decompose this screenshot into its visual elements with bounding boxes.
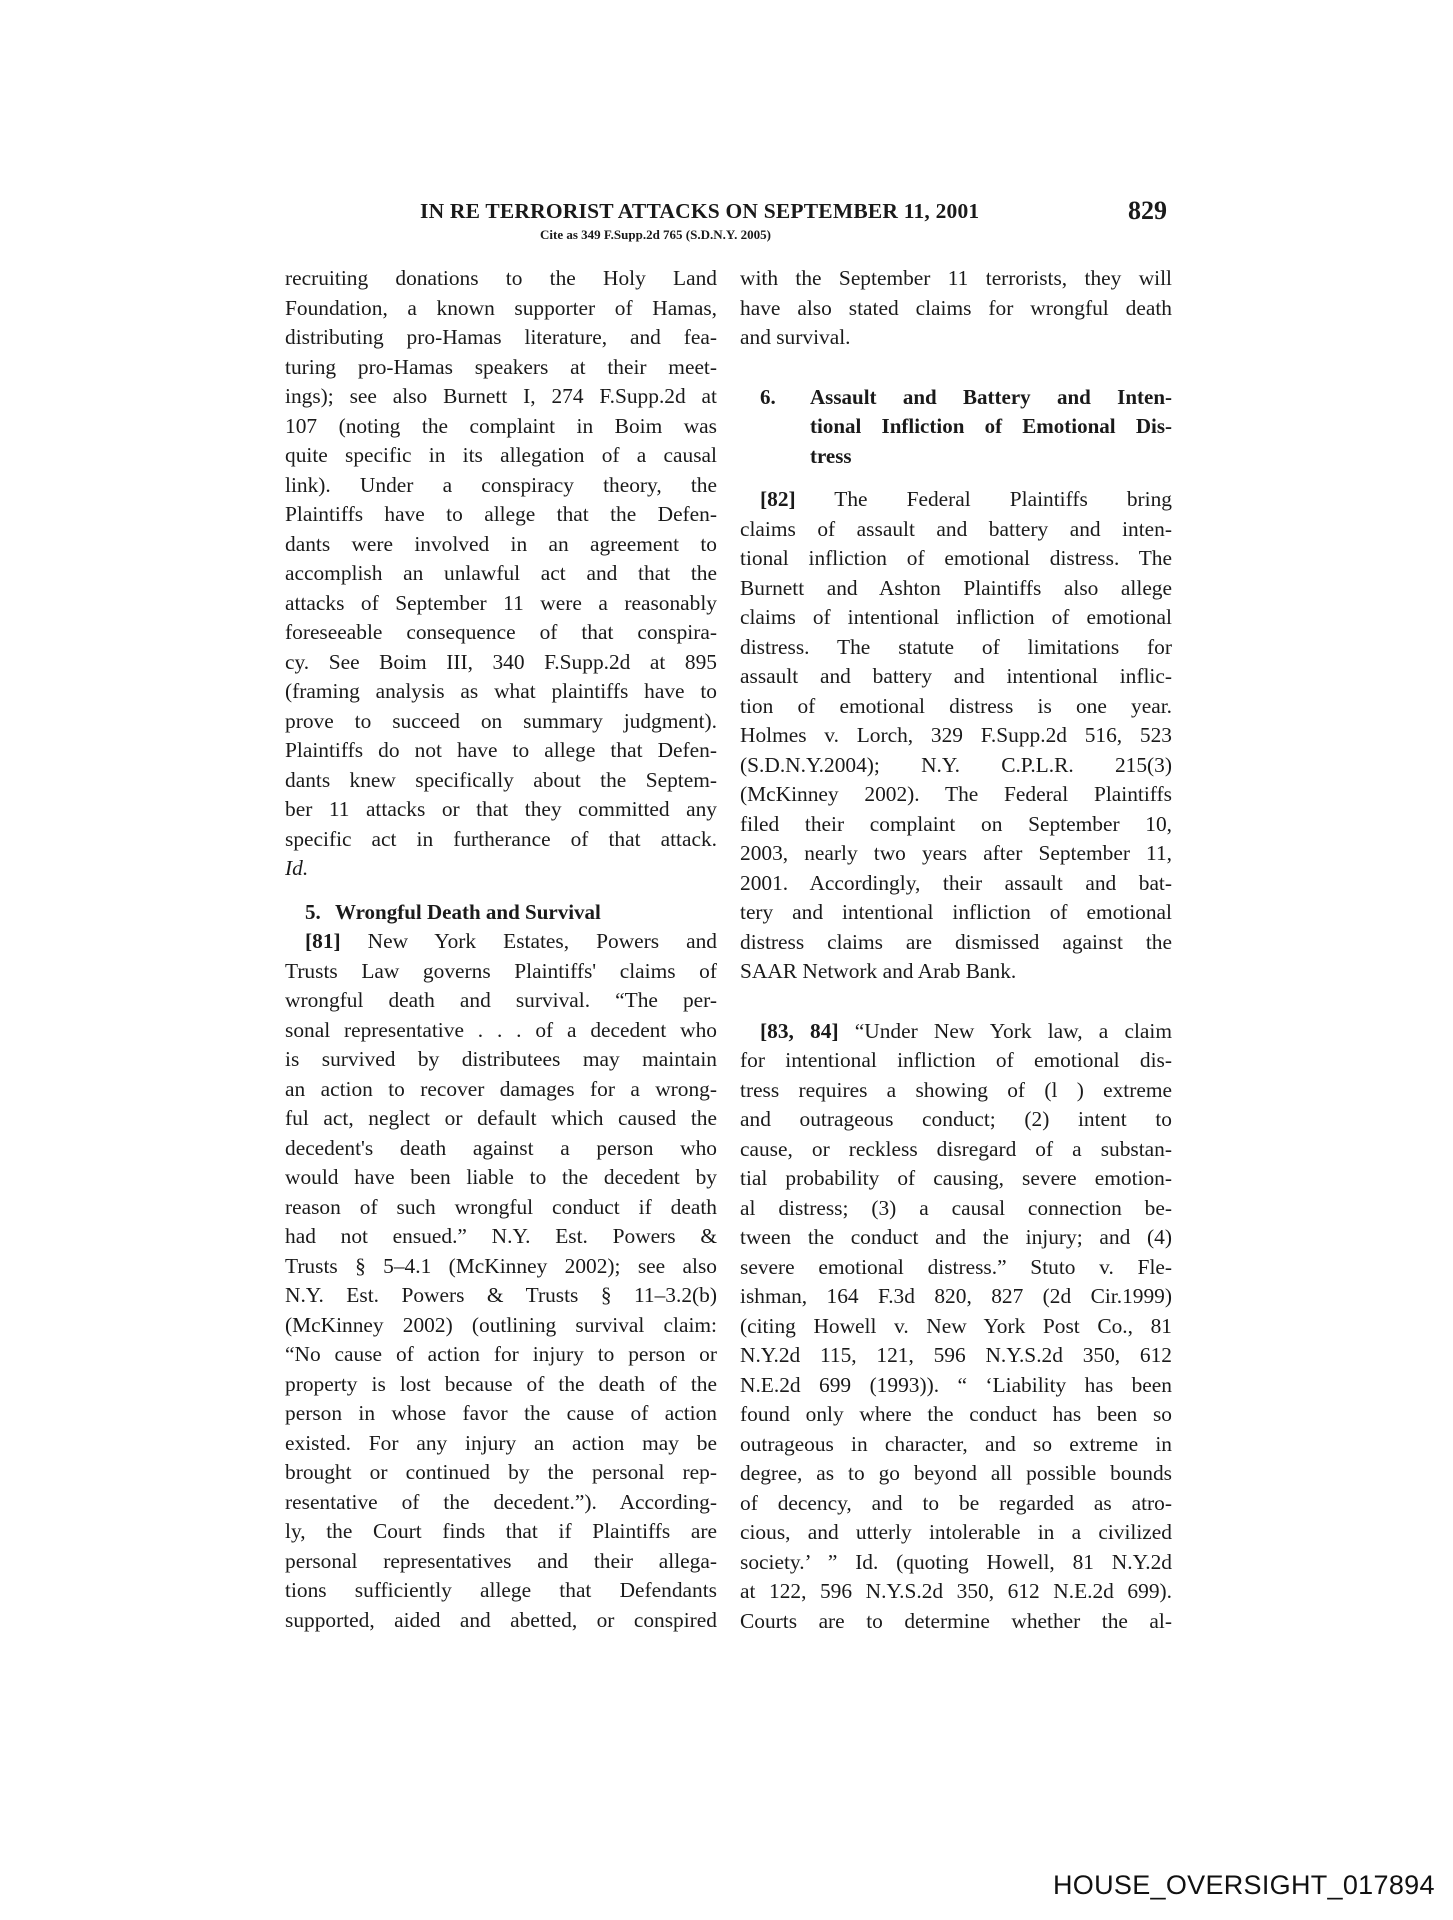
text-line: cause, or reckless disregard of a substa… [740, 1135, 1172, 1165]
text-line: Courts are to determine whether the al- [740, 1607, 1172, 1637]
text-line: foreseeable consequence of that conspira… [285, 618, 717, 648]
headnote-marker: [82] [760, 487, 796, 511]
text-line: with the September 11 terrorists, they w… [740, 264, 1172, 294]
text-line: ings); see also Burnett I, 274 F.Supp.2d… [285, 382, 717, 412]
text-line: Id. [285, 854, 717, 884]
text-line: tion of emotional distress is one year. [740, 692, 1172, 722]
text-line: would have been liable to the decedent b… [285, 1163, 717, 1193]
text-line: turing pro-Hamas speakers at their meet- [285, 353, 717, 383]
text-line: found only where the conduct has been so [740, 1400, 1172, 1430]
text-line: personal representatives and their alleg… [285, 1547, 717, 1577]
text-line: and survival. [740, 323, 1172, 353]
text-line: [83, 84] “Under New York law, a claim [740, 1017, 1172, 1047]
text-line: ishman, 164 F.3d 820, 827 (2d Cir.1999) [740, 1282, 1172, 1312]
text-line: person in whose favor the cause of actio… [285, 1399, 717, 1429]
text-line: distributing pro-Hamas literature, and f… [285, 323, 717, 353]
text-line: tions sufficiently allege that Defendant… [285, 1576, 717, 1606]
text-line: tress requires a showing of (l ) extreme [740, 1076, 1172, 1106]
text-line: attacks of September 11 were a reasonabl… [285, 589, 717, 619]
text-line: N.E.2d 699 (1993)). “ ‘Liability has bee… [740, 1371, 1172, 1401]
text-line: ful act, neglect or default which caused… [285, 1104, 717, 1134]
text-line: sonal representative . . . of a decedent… [285, 1016, 717, 1046]
text-line: filed their complaint on September 10, [740, 810, 1172, 840]
text-line: specific act in furtherance of that atta… [285, 825, 717, 855]
text-line: reason of such wrongful conduct if death [285, 1193, 717, 1223]
text-line: (citing Howell v. New York Post Co., 81 [740, 1312, 1172, 1342]
text-line: had not ensued.” N.Y. Est. Powers & [285, 1222, 717, 1252]
text-line: for intentional infliction of emotional … [740, 1046, 1172, 1076]
text-line: recruiting donations to the Holy Land [285, 264, 717, 294]
section-title: Wrongful Death and Survival [335, 900, 601, 924]
text-line: distress. The statute of limitations for [740, 633, 1172, 663]
text-line: have also stated claims for wrongful dea… [740, 294, 1172, 324]
text-line: brought or continued by the personal rep… [285, 1458, 717, 1488]
headnote-marker: [81] [305, 929, 341, 953]
text-line: and outrageous conduct; (2) intent to [740, 1105, 1172, 1135]
text-line: accomplish an unlawful act and that the [285, 559, 717, 589]
text-line: “No cause of action for injury to person… [285, 1340, 717, 1370]
text-line: tional infliction of emotional distress.… [740, 544, 1172, 574]
text-line: Plaintiffs do not have to allege that De… [285, 736, 717, 766]
text-line: severe emotional distress.” Stuto v. Fle… [740, 1253, 1172, 1283]
text-line: claims of intentional infliction of emot… [740, 603, 1172, 633]
text-span: New York Estates, Powers and [368, 929, 717, 953]
text-line: tery and intentional infliction of emoti… [740, 898, 1172, 928]
text-line: [81] New York Estates, Powers and [285, 927, 717, 957]
paragraph-continuation: with the September 11 terrorists, they w… [740, 264, 1172, 353]
text-line: degree, as to go beyond all possible bou… [740, 1459, 1172, 1489]
text-line: SAAR Network and Arab Bank. [740, 957, 1172, 987]
text-line: supported, aided and abetted, or conspir… [285, 1606, 717, 1636]
section-heading-6: 6.Assault and Battery and Inten- tional … [740, 383, 1172, 472]
text-line: prove to succeed on summary judgment). [285, 707, 717, 737]
heading-line: tional Infliction of Emotional Dis- [760, 412, 1172, 442]
bates-stamp: HOUSE_OVERSIGHT_017894 [1053, 1870, 1435, 1901]
text-line: [82] The Federal Plaintiffs bring [740, 485, 1172, 515]
text-line: Trusts Law governs Plaintiffs' claims of [285, 957, 717, 987]
text-line: property is lost because of the death of… [285, 1370, 717, 1400]
page-number: 829 [1128, 196, 1167, 226]
paragraph-83-84: [83, 84] “Under New York law, a claim fo… [740, 1017, 1172, 1637]
text-line: is survived by distributees may maintain [285, 1045, 717, 1075]
text-line: al distress; (3) a causal connection be- [740, 1194, 1172, 1224]
running-header-citation: Cite as 349 F.Supp.2d 765 (S.D.N.Y. 2005… [540, 227, 771, 243]
text-line: resentative of the decedent.”). Accordin… [285, 1488, 717, 1518]
text-line: N.Y. Est. Powers & Trusts § 11–3.2(b) [285, 1281, 717, 1311]
text-line: quite specific in its allegation of a ca… [285, 441, 717, 471]
text-line: decedent's death against a person who [285, 1134, 717, 1164]
text-line: ly, the Court finds that if Plaintiffs a… [285, 1517, 717, 1547]
paragraph-81: [81] New York Estates, Powers and Trusts… [285, 927, 717, 1635]
text-line: of decency, and to be regarded as atro- [740, 1489, 1172, 1519]
headnote-marker: [83, 84] [760, 1019, 839, 1043]
text-line: Trusts § 5–4.1 (McKinney 2002); see also [285, 1252, 717, 1282]
paragraph-continuation: recruiting donations to the Holy Land Fo… [285, 264, 717, 884]
text-line: dants were involved in an agreement to [285, 530, 717, 560]
text-span: The Federal Plaintiffs bring [834, 487, 1172, 511]
running-header-title: IN RE TERRORIST ATTACKS ON SEPTEMBER 11,… [420, 199, 1040, 224]
text-line: 2003, nearly two years after September 1… [740, 839, 1172, 869]
text-line: at 122, 596 N.Y.S.2d 350, 612 N.E.2d 699… [740, 1577, 1172, 1607]
text-line: outrageous in character, and so extreme … [740, 1430, 1172, 1460]
left-column: recruiting donations to the Holy Land Fo… [285, 264, 717, 1635]
text-line: link). Under a conspiracy theory, the [285, 471, 717, 501]
text-line: cy. See Boim III, 340 F.Supp.2d at 895 [285, 648, 717, 678]
text-line: an action to recover damages for a wrong… [285, 1075, 717, 1105]
section-heading-5: 5.Wrongful Death and Survival [285, 898, 717, 928]
text-line: wrongful death and survival. “The per- [285, 986, 717, 1016]
text-line: Burnett and Ashton Plaintiffs also alleg… [740, 574, 1172, 604]
text-line: dants knew specifically about the Septem… [285, 766, 717, 796]
text-line: (McKinney 2002). The Federal Plaintiffs [740, 780, 1172, 810]
text-line: distress claims are dismissed against th… [740, 928, 1172, 958]
text-line: society.’ ” Id. (quoting Howell, 81 N.Y.… [740, 1548, 1172, 1578]
text-line: (McKinney 2002) (outlining survival clai… [285, 1311, 717, 1341]
text-span: “Under New York law, a claim [855, 1019, 1172, 1043]
text-line: tween the conduct and the injury; and (4… [740, 1223, 1172, 1253]
text-line: N.Y.2d 115, 121, 596 N.Y.S.2d 350, 612 [740, 1341, 1172, 1371]
section-number: 5. [305, 898, 335, 928]
paragraph-82: [82] The Federal Plaintiffs bring claims… [740, 485, 1172, 987]
heading-line: tress [760, 442, 1172, 472]
right-column: with the September 11 terrorists, they w… [740, 264, 1172, 1636]
text-line: Foundation, a known supporter of Hamas, [285, 294, 717, 324]
section-number: 6. [760, 383, 810, 413]
section-title: Assault and Battery and Inten- [810, 385, 1172, 409]
text-line: Plaintiffs have to allege that the Defen… [285, 500, 717, 530]
text-line: assault and battery and intentional infl… [740, 662, 1172, 692]
text-line: cious, and utterly intolerable in a civi… [740, 1518, 1172, 1548]
text-line: 107 (noting the complaint in Boim was [285, 412, 717, 442]
text-line: claims of assault and battery and inten- [740, 515, 1172, 545]
text-line: (framing analysis as what plaintiffs hav… [285, 677, 717, 707]
heading-line: 6.Assault and Battery and Inten- [760, 383, 1172, 413]
text-line: existed. For any injury an action may be [285, 1429, 717, 1459]
text-line: Holmes v. Lorch, 329 F.Supp.2d 516, 523 [740, 721, 1172, 751]
text-line: tial probability of causing, severe emot… [740, 1164, 1172, 1194]
text-line: (S.D.N.Y.2004); N.Y. C.P.L.R. 215(3) [740, 751, 1172, 781]
text-line: 2001. Accordingly, their assault and bat… [740, 869, 1172, 899]
text-line: ber 11 attacks or that they committed an… [285, 795, 717, 825]
